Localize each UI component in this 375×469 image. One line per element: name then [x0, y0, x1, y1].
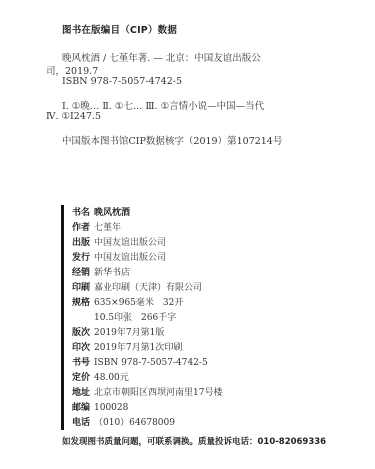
info-label: 发行 — [72, 254, 92, 263]
info-value: 100028 — [94, 403, 128, 413]
info-value: 晚风枕酒 — [94, 208, 130, 218]
info-value: 北京市朝阳区西坝河南里17号楼 — [94, 388, 222, 398]
info-value: 2019年7月第1版 — [94, 328, 164, 338]
info-value: 635×965毫米 32开 — [94, 298, 183, 308]
info-row-format: 规格635×965毫米 32开 — [72, 299, 183, 308]
info-row-isbn: 书号ISBN 978-7-5057-4742-5 — [72, 359, 208, 368]
info-value: 新华书店 — [94, 268, 130, 278]
info-value: 10.5印张 266千字 — [94, 313, 176, 323]
info-value: 2019年7月第1次印刷 — [94, 343, 182, 353]
info-label: 规格 — [72, 299, 92, 308]
info-row-price: 定价48.00元 — [72, 374, 129, 383]
cip-title: 图书在版编目（CIP）数据 — [62, 22, 177, 36]
info-row-distributor: 发行中国友谊出版公司 — [72, 254, 166, 263]
cip-isbn-line: ISBN 978-7-5057-4742-5 — [62, 76, 182, 87]
info-row-edition: 版次2019年7月第1版 — [72, 329, 164, 338]
info-label: 出版 — [72, 239, 92, 248]
info-row-author: 作者七堇年 — [72, 224, 121, 233]
info-value: 48.00元 — [94, 373, 129, 383]
info-label: 电话 — [72, 419, 92, 428]
cip-entry-line-2: 司，2019.7 — [46, 63, 98, 77]
cip-entry-line-1: 晚风枕酒 / 七堇年著. — 北京：中国友谊出版公 — [62, 50, 261, 64]
info-label: 印刷 — [72, 284, 92, 293]
info-label: 版次 — [72, 329, 92, 338]
info-row-title: 书名晚风枕酒 — [72, 209, 130, 218]
info-row-phone: 电话（010）64678009 — [72, 419, 175, 428]
info-value: 中国友谊出版公司 — [94, 238, 166, 248]
info-row-address: 地址北京市朝阳区西坝河南里17号楼 — [72, 389, 222, 398]
info-label: 地址 — [72, 389, 92, 398]
info-label: 定价 — [72, 374, 92, 383]
info-label: 经销 — [72, 269, 92, 278]
info-row-printing: 印次2019年7月第1次印刷 — [72, 344, 182, 353]
info-row-format-extra: 10.5印张 266千字 — [72, 314, 176, 323]
cip-approval-number: 中国版本图书馆CIP数据核字（2019）第107214号 — [62, 133, 282, 147]
cip-classification-line-2: Ⅳ. ①I247.5 — [46, 111, 101, 122]
info-label: 邮编 — [72, 404, 92, 413]
info-value: 中国友谊出版公司 — [94, 253, 166, 263]
info-value: （010）64678009 — [94, 418, 175, 428]
info-value: 嘉业印刷（天津）有限公司 — [94, 283, 202, 293]
info-row-publisher: 出版中国友谊出版公司 — [72, 239, 166, 248]
info-value: 七堇年 — [94, 223, 121, 233]
quality-notice: 如发现图书质量问题，可联系调换。质量投诉电话：010-82069336 — [62, 435, 326, 447]
info-block-bar — [61, 205, 64, 430]
info-row-seller: 经销新华书店 — [72, 269, 130, 278]
info-label: 书号 — [72, 359, 92, 368]
info-value: ISBN 978-7-5057-4742-5 — [94, 358, 208, 368]
cip-classification-line-1: Ⅰ. ①晚… Ⅱ. ①七… Ⅲ. ①言情小说—中国—当代 — [62, 98, 264, 112]
info-row-postcode: 邮编100028 — [72, 404, 128, 413]
info-row-printer: 印刷嘉业印刷（天津）有限公司 — [72, 284, 202, 293]
info-label: 作者 — [72, 224, 92, 233]
info-label: 印次 — [72, 344, 92, 353]
info-label: 书名 — [72, 209, 92, 218]
